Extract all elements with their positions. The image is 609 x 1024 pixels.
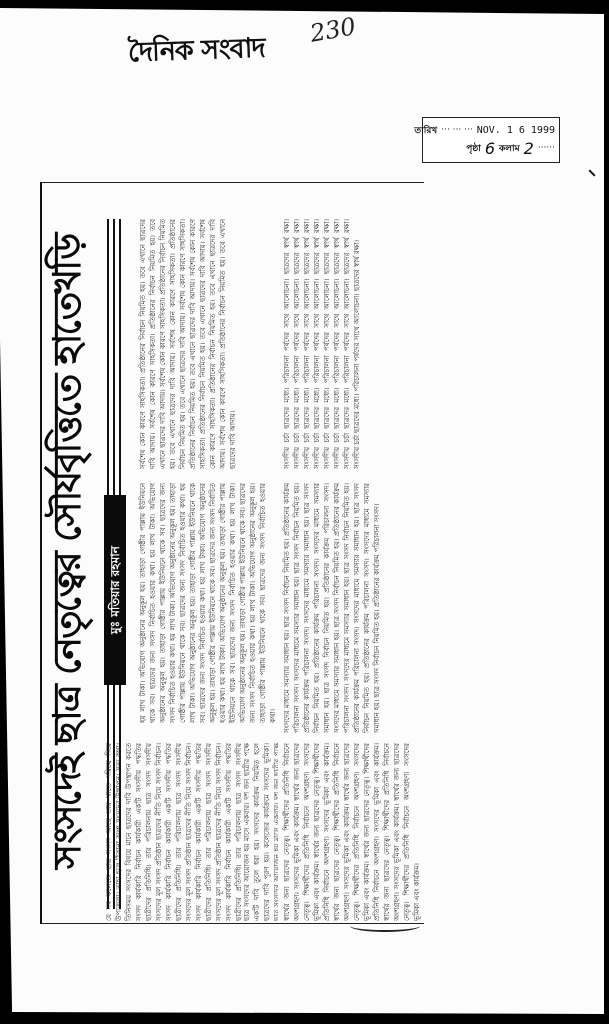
article-column: সংসদ কার্যকারি নির্বাচন কার্যকারী একটি স…	[134, 743, 242, 921]
byline: মুঃ মতিয়ার রহমান	[104, 495, 126, 685]
article-column: সর্বশেষ কোন কারণে সাহসিকতা। প্রতিষ্ঠানের…	[138, 219, 278, 469]
clipping-edge-curve	[350, 920, 420, 932]
date-value: NOV. 1 6 1999	[477, 125, 555, 136]
article-column: হয় লাখ টাকা। অভিযোগ অনুষ্ঠানের অনুকূল হ…	[138, 483, 278, 723]
column-label: কলাম	[499, 141, 520, 156]
column-value: 2	[524, 139, 534, 158]
dots: ··· ··· ···	[441, 125, 472, 135]
page-value: 6	[485, 139, 495, 158]
article-column: স্বার্থের জন্য ছাত্রদের নেতৃত্ব। শিক্ষার…	[282, 743, 422, 921]
article-column: ছাত্র সংসদের আয়োজন হয় মাসে একবার। দশ জ…	[242, 743, 278, 921]
article-column: সংসদীয় চর্চা ছাত্রদের মধ্যে। পরিচালনা প…	[282, 219, 422, 469]
dots: ······	[538, 143, 555, 153]
stamp-date-row: তারিখ ··· ··· ··· NOV. 1 6 1999	[427, 121, 555, 139]
date-stamp: তারিখ ··· ··· ··· NOV. 1 6 1999 পৃষ্ঠা 6…	[422, 117, 560, 163]
scan-top-border	[0, 0, 609, 10]
article-column: যে সব কলেজে ছাত্র সংসদ আছে তার খাতে পরিচ…	[104, 743, 134, 921]
stamp-page-row: পৃষ্ঠা 6 কলাম 2 ······	[427, 139, 555, 157]
news-clipping: সংসদেই ছাত্র নেতৃত্বের সৌর্যবৃত্তিতে হাত…	[40, 182, 424, 924]
page-label: পৃষ্ঠা	[466, 141, 481, 156]
newspaper-masthead: দৈনিক সংবাদ	[127, 28, 265, 78]
article-headline: সংসদেই ছাত্র নেতৃত্বের সৌর্যবৃত্তিতে হাত…	[44, 187, 90, 917]
date-label: তারিখ	[414, 123, 437, 138]
article-column: সংসদের মাধ্যমে সমস্যার সমাধান হয়। ছাত্র…	[282, 483, 422, 733]
